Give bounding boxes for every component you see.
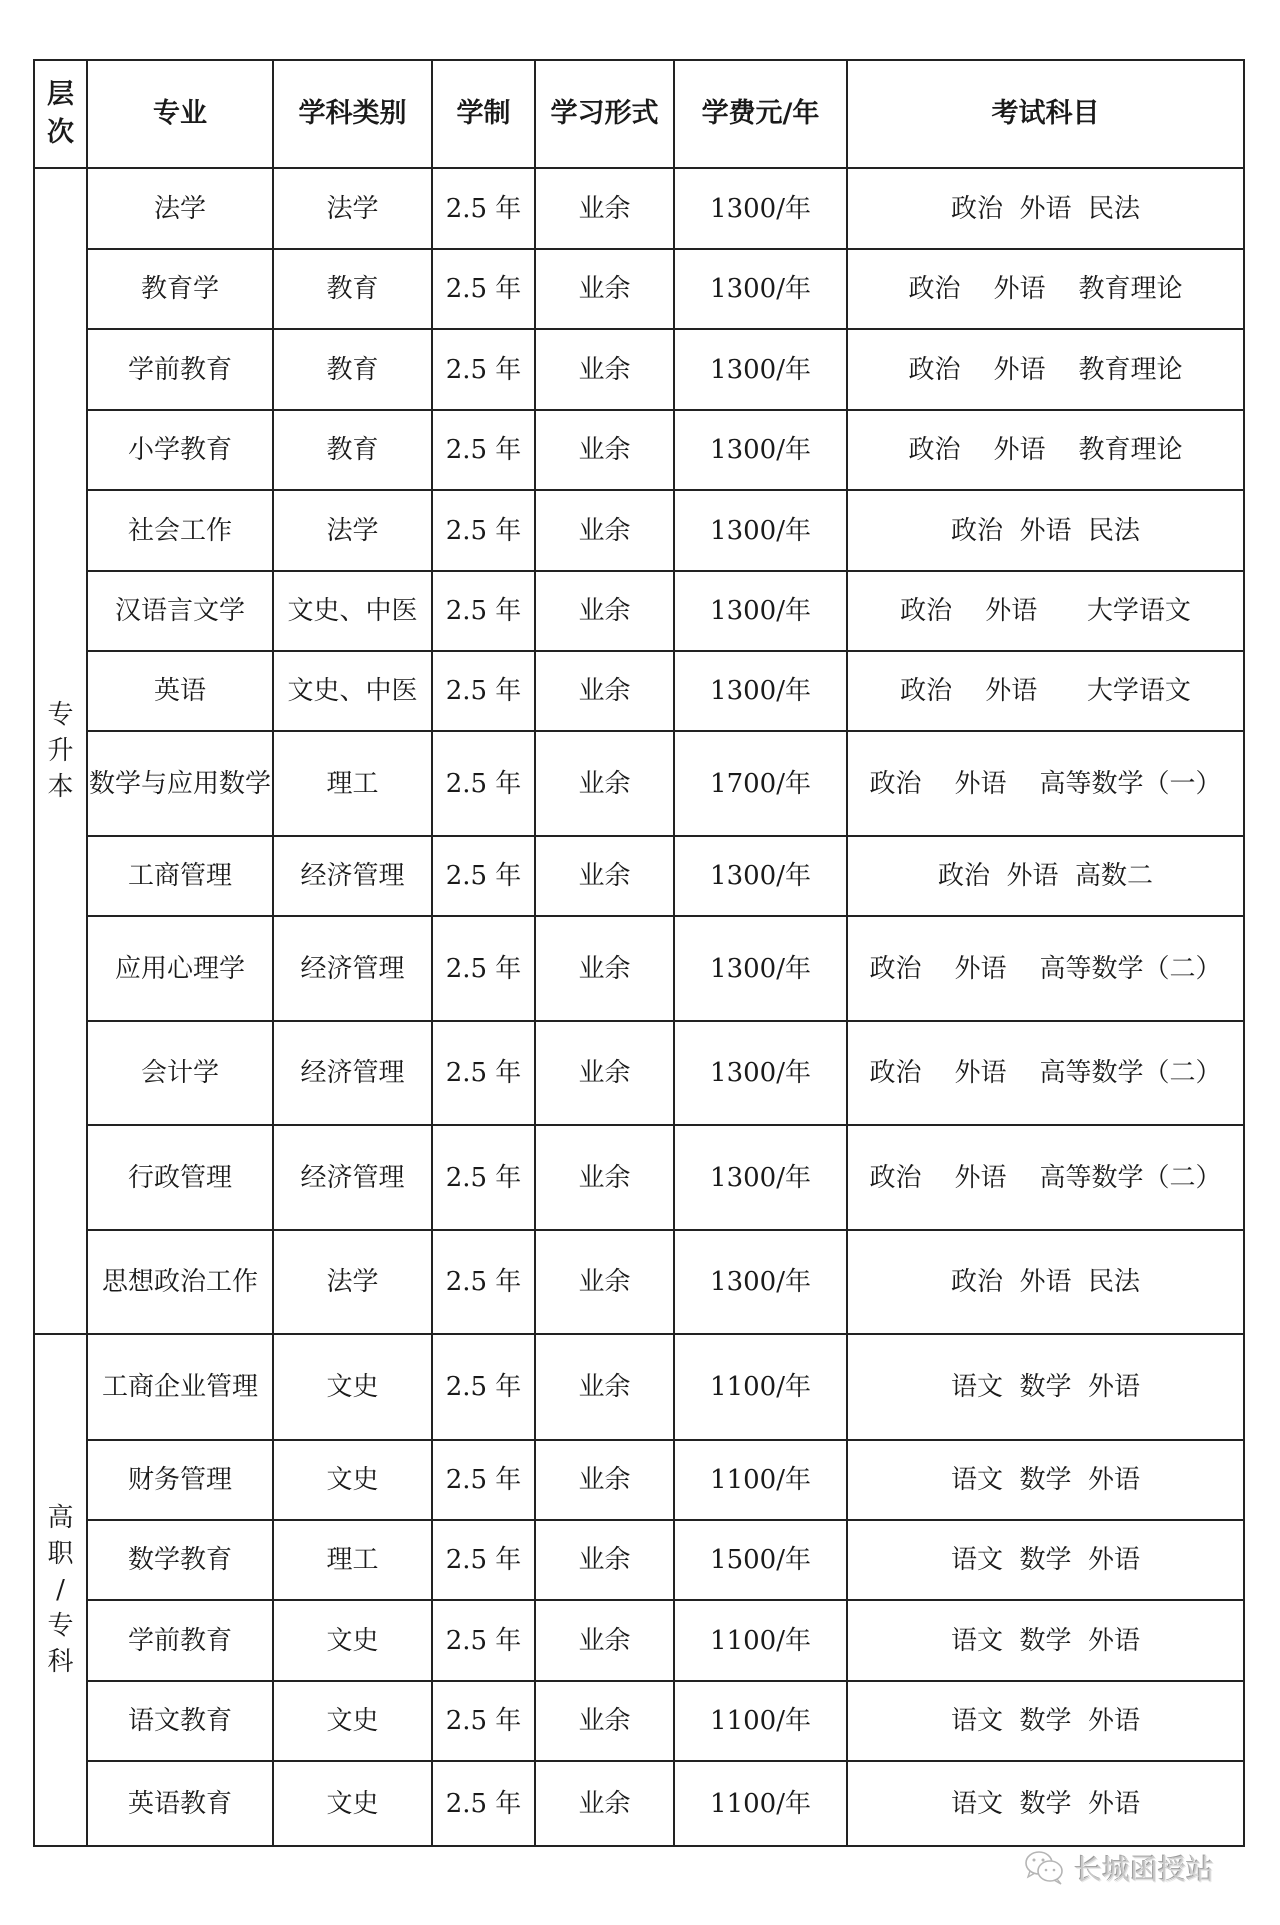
major-cell: 工商企业管理 xyxy=(87,1334,273,1440)
table-row: 学前教育文史2.5 年业余1100/年语文 数学 外语 xyxy=(34,1600,1244,1681)
tuition-cell: 1100/年 xyxy=(674,1681,847,1761)
category-cell: 教育 xyxy=(273,249,432,329)
category-cell: 经济管理 xyxy=(273,916,432,1021)
table-row: 英语文史、中医2.5 年业余1300/年政治 外语 大学语文 xyxy=(34,651,1244,731)
subjects-cell: 语文 数学 外语 xyxy=(847,1761,1244,1846)
table-row: 社会工作法学2.5 年业余1300/年政治 外语 民法 xyxy=(34,490,1244,571)
table-row: 工商管理经济管理2.5 年业余1300/年政治 外语 高数二 xyxy=(34,836,1244,916)
mode-cell: 业余 xyxy=(535,1230,674,1334)
mode-cell: 业余 xyxy=(535,329,674,410)
category-cell: 经济管理 xyxy=(273,1021,432,1125)
level-char: 本 xyxy=(35,769,86,805)
category-cell: 文史 xyxy=(273,1761,432,1846)
subjects-cell: 语文 数学 外语 xyxy=(847,1440,1244,1520)
duration-cell: 2.5 年 xyxy=(432,1681,535,1761)
subjects-cell: 政治 外语 高等数学（二） xyxy=(847,916,1244,1021)
mode-cell: 业余 xyxy=(535,168,674,249)
category-cell: 文史 xyxy=(273,1600,432,1681)
major-cell: 数学教育 xyxy=(87,1520,273,1600)
tuition-cell: 1300/年 xyxy=(674,490,847,571)
mode-cell: 业余 xyxy=(535,249,674,329)
table-row: 语文教育文史2.5 年业余1100/年语文 数学 外语 xyxy=(34,1681,1244,1761)
major-cell: 英语教育 xyxy=(87,1761,273,1846)
subjects-cell: 政治 外语 教育理论 xyxy=(847,410,1244,490)
duration-cell: 2.5 年 xyxy=(432,168,535,249)
tuition-cell: 1300/年 xyxy=(674,1230,847,1334)
tuition-cell: 1100/年 xyxy=(674,1440,847,1520)
category-cell: 法学 xyxy=(273,490,432,571)
subjects-cell: 语文 数学 外语 xyxy=(847,1681,1244,1761)
mode-cell: 业余 xyxy=(535,836,674,916)
table-row: 数学与应用数学理工2.5 年业余1700/年政治 外语 高等数学（一） xyxy=(34,731,1244,836)
table-row: 数学教育理工2.5 年业余1500/年语文 数学 外语 xyxy=(34,1520,1244,1600)
subjects-cell: 政治 外语 大学语文 xyxy=(847,651,1244,731)
table-row: 专升本法学法学2.5 年业余1300/年政治 外语 民法 xyxy=(34,168,1244,249)
subjects-cell: 政治 外语 高等数学（二） xyxy=(847,1125,1244,1230)
category-cell: 文史 xyxy=(273,1681,432,1761)
major-cell: 学前教育 xyxy=(87,329,273,410)
category-cell: 法学 xyxy=(273,1230,432,1334)
tuition-cell: 1300/年 xyxy=(674,410,847,490)
mode-cell: 业余 xyxy=(535,1125,674,1230)
category-cell: 文史 xyxy=(273,1334,432,1440)
table-row: 英语教育文史2.5 年业余1100/年语文 数学 外语 xyxy=(34,1761,1244,1846)
header-category: 学科类别 xyxy=(273,60,432,168)
table-row: 小学教育教育2.5 年业余1300/年政治 外语 教育理论 xyxy=(34,410,1244,490)
major-cell: 思想政治工作 xyxy=(87,1230,273,1334)
header-mode: 学习形式 xyxy=(535,60,674,168)
table-row: 汉语言文学文史、中医2.5 年业余1300/年政治 外语 大学语文 xyxy=(34,571,1244,651)
subjects-cell: 政治 外语 民法 xyxy=(847,490,1244,571)
category-cell: 文史 xyxy=(273,1440,432,1520)
duration-cell: 2.5 年 xyxy=(432,651,535,731)
category-cell: 理工 xyxy=(273,731,432,836)
major-cell: 财务管理 xyxy=(87,1440,273,1520)
level-char: 专 xyxy=(35,697,86,733)
subjects-cell: 政治 外语 教育理论 xyxy=(847,249,1244,329)
duration-cell: 2.5 年 xyxy=(432,1600,535,1681)
duration-cell: 2.5 年 xyxy=(432,1761,535,1846)
level-char: 高 xyxy=(35,1500,86,1536)
header-subjects: 考试科目 xyxy=(847,60,1244,168)
duration-cell: 2.5 年 xyxy=(432,1125,535,1230)
watermark: 长城函授站 xyxy=(1024,1848,1244,1888)
major-cell: 学前教育 xyxy=(87,1600,273,1681)
table-row: 财务管理文史2.5 年业余1100/年语文 数学 外语 xyxy=(34,1440,1244,1520)
duration-cell: 2.5 年 xyxy=(432,1230,535,1334)
subjects-cell: 政治 外语 高数二 xyxy=(847,836,1244,916)
major-cell: 工商管理 xyxy=(87,836,273,916)
major-cell: 教育学 xyxy=(87,249,273,329)
duration-cell: 2.5 年 xyxy=(432,329,535,410)
level-cell: 专升本 xyxy=(34,168,87,1334)
major-cell: 数学与应用数学 xyxy=(87,731,273,836)
major-cell: 语文教育 xyxy=(87,1681,273,1761)
duration-cell: 2.5 年 xyxy=(432,916,535,1021)
level-char: / xyxy=(35,1572,86,1608)
duration-cell: 2.5 年 xyxy=(432,490,535,571)
tuition-cell: 1300/年 xyxy=(674,836,847,916)
category-cell: 教育 xyxy=(273,329,432,410)
tuition-cell: 1100/年 xyxy=(674,1334,847,1440)
header-level: 层 次 xyxy=(34,60,87,168)
major-cell: 汉语言文学 xyxy=(87,571,273,651)
tuition-cell: 1300/年 xyxy=(674,329,847,410)
subjects-cell: 语文 数学 外语 xyxy=(847,1334,1244,1440)
table-row: 学前教育教育2.5 年业余1300/年政治 外语 教育理论 xyxy=(34,329,1244,410)
major-cell: 社会工作 xyxy=(87,490,273,571)
mode-cell: 业余 xyxy=(535,731,674,836)
tuition-cell: 1100/年 xyxy=(674,1600,847,1681)
subjects-cell: 政治 外语 高等数学（一） xyxy=(847,731,1244,836)
table-row: 行政管理经济管理2.5 年业余1300/年政治 外语 高等数学（二） xyxy=(34,1125,1244,1230)
major-cell: 法学 xyxy=(87,168,273,249)
tuition-cell: 1700/年 xyxy=(674,731,847,836)
watermark-text: 长城函授站 xyxy=(1074,1848,1214,1888)
table-row: 教育学教育2.5 年业余1300/年政治 外语 教育理论 xyxy=(34,249,1244,329)
header-duration: 学制 xyxy=(432,60,535,168)
category-cell: 教育 xyxy=(273,410,432,490)
category-cell: 理工 xyxy=(273,1520,432,1600)
subjects-cell: 政治 外语 民法 xyxy=(847,1230,1244,1334)
mode-cell: 业余 xyxy=(535,1440,674,1520)
subjects-cell: 语文 数学 外语 xyxy=(847,1520,1244,1600)
mode-cell: 业余 xyxy=(535,916,674,1021)
header-row: 层 次 专业 学科类别 学制 学习形式 学费元/年 考试科目 xyxy=(34,60,1244,168)
mode-cell: 业余 xyxy=(535,1334,674,1440)
tuition-cell: 1300/年 xyxy=(674,916,847,1021)
mode-cell: 业余 xyxy=(535,1520,674,1600)
subjects-cell: 政治 外语 大学语文 xyxy=(847,571,1244,651)
mode-cell: 业余 xyxy=(535,1681,674,1761)
duration-cell: 2.5 年 xyxy=(432,1440,535,1520)
tuition-cell: 1500/年 xyxy=(674,1520,847,1600)
header-level-char: 次 xyxy=(35,114,86,152)
category-cell: 文史、中医 xyxy=(273,651,432,731)
category-cell: 文史、中医 xyxy=(273,571,432,651)
major-cell: 行政管理 xyxy=(87,1125,273,1230)
duration-cell: 2.5 年 xyxy=(432,1520,535,1600)
duration-cell: 2.5 年 xyxy=(432,1021,535,1125)
tuition-cell: 1300/年 xyxy=(674,249,847,329)
subjects-cell: 政治 外语 高等数学（二） xyxy=(847,1021,1244,1125)
subjects-cell: 政治 外语 教育理论 xyxy=(847,329,1244,410)
major-cell: 小学教育 xyxy=(87,410,273,490)
mode-cell: 业余 xyxy=(535,651,674,731)
mode-cell: 业余 xyxy=(535,1761,674,1846)
tuition-cell: 1300/年 xyxy=(674,1125,847,1230)
mode-cell: 业余 xyxy=(535,410,674,490)
header-tuition: 学费元/年 xyxy=(674,60,847,168)
tuition-cell: 1300/年 xyxy=(674,651,847,731)
wechat-icon xyxy=(1024,1849,1068,1887)
level-char: 专 xyxy=(35,1608,86,1644)
table-row: 应用心理学经济管理2.5 年业余1300/年政治 外语 高等数学（二） xyxy=(34,916,1244,1021)
duration-cell: 2.5 年 xyxy=(432,836,535,916)
tuition-cell: 1300/年 xyxy=(674,571,847,651)
major-cell: 会计学 xyxy=(87,1021,273,1125)
table-row: 会计学经济管理2.5 年业余1300/年政治 外语 高等数学（二） xyxy=(34,1021,1244,1125)
major-cell: 应用心理学 xyxy=(87,916,273,1021)
tuition-cell: 1300/年 xyxy=(674,168,847,249)
level-cell: 高职/专科 xyxy=(34,1334,87,1846)
duration-cell: 2.5 年 xyxy=(432,1334,535,1440)
duration-cell: 2.5 年 xyxy=(432,410,535,490)
category-cell: 经济管理 xyxy=(273,836,432,916)
duration-cell: 2.5 年 xyxy=(432,249,535,329)
header-major: 专业 xyxy=(87,60,273,168)
duration-cell: 2.5 年 xyxy=(432,731,535,836)
mode-cell: 业余 xyxy=(535,571,674,651)
level-char: 职 xyxy=(35,1536,86,1572)
table-row: 思想政治工作法学2.5 年业余1300/年政治 外语 民法 xyxy=(34,1230,1244,1334)
mode-cell: 业余 xyxy=(535,490,674,571)
header-level-char: 层 xyxy=(35,76,86,114)
programs-table: 层 次 专业 学科类别 学制 学习形式 学费元/年 考试科目 专升本法学法学2.… xyxy=(33,59,1245,1847)
major-cell: 英语 xyxy=(87,651,273,731)
subjects-cell: 语文 数学 外语 xyxy=(847,1600,1244,1681)
tuition-cell: 1100/年 xyxy=(674,1761,847,1846)
level-char: 升 xyxy=(35,733,86,769)
mode-cell: 业余 xyxy=(535,1021,674,1125)
duration-cell: 2.5 年 xyxy=(432,571,535,651)
subjects-cell: 政治 外语 民法 xyxy=(847,168,1244,249)
tuition-cell: 1300/年 xyxy=(674,1021,847,1125)
table-row: 高职/专科工商企业管理文史2.5 年业余1100/年语文 数学 外语 xyxy=(34,1334,1244,1440)
category-cell: 法学 xyxy=(273,168,432,249)
mode-cell: 业余 xyxy=(535,1600,674,1681)
category-cell: 经济管理 xyxy=(273,1125,432,1230)
level-char: 科 xyxy=(35,1644,86,1680)
